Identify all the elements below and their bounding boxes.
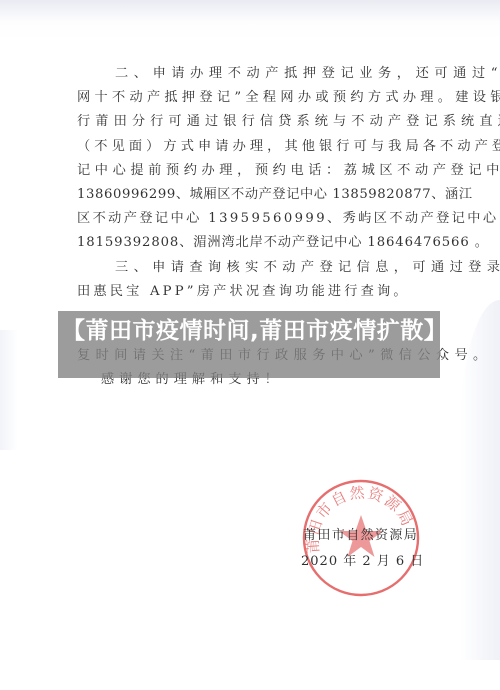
paragraph-line: 记中心提前预约办理，预约电话：荔城区不动产登记中心 <box>77 159 437 183</box>
paragraph-line: 三、申请查询核实不动产登记信息，可通过登录“莆 <box>77 256 437 280</box>
signature-date: 2020 年 2 月 6 日 <box>301 553 424 571</box>
document-body: 二、申请办理不动产抵押登记业务，还可通过“互联 网十不动产抵押登记”全程网办或预… <box>77 62 437 304</box>
paragraph-line: 二、申请办理不动产抵押登记业务，还可通过“互联 <box>77 62 437 86</box>
paragraph-line: 行莆田分行可通过银行信贷系统与不动产登记系统直连 <box>77 110 437 134</box>
paragraph-line: 网十不动产抵押登记”全程网办或预约方式办理。建设银 <box>77 86 437 110</box>
overlay-banner-title[interactable]: 【莆田市疫情时间,莆田市疫情扩散】 <box>62 316 438 346</box>
paragraph-line: 18159392808、湄洲湾北岸不动产登记中心 18646476566 。 <box>77 231 437 255</box>
page-shadow-left <box>0 330 18 450</box>
document-page: 二、申请办理不动产抵押登记业务，还可通过“互联 网十不动产抵押登记”全程网办或预… <box>0 0 500 690</box>
paragraph-line: （不见面）方式申请办理，其他银行可与我局各不动产登 <box>77 135 437 159</box>
signature-organization: 莆田市自然资源局 <box>303 527 418 545</box>
paragraph-line: 田惠民宝 APP”房产状况查询功能进行查询。 <box>77 280 437 304</box>
paragraph-line: 13860996299、城厢区不动产登记中心 13859820877、涵江 <box>77 183 437 207</box>
paragraph-line: 区不动产登记中心 13959560999、秀屿区不动产登记中心 <box>77 207 437 231</box>
